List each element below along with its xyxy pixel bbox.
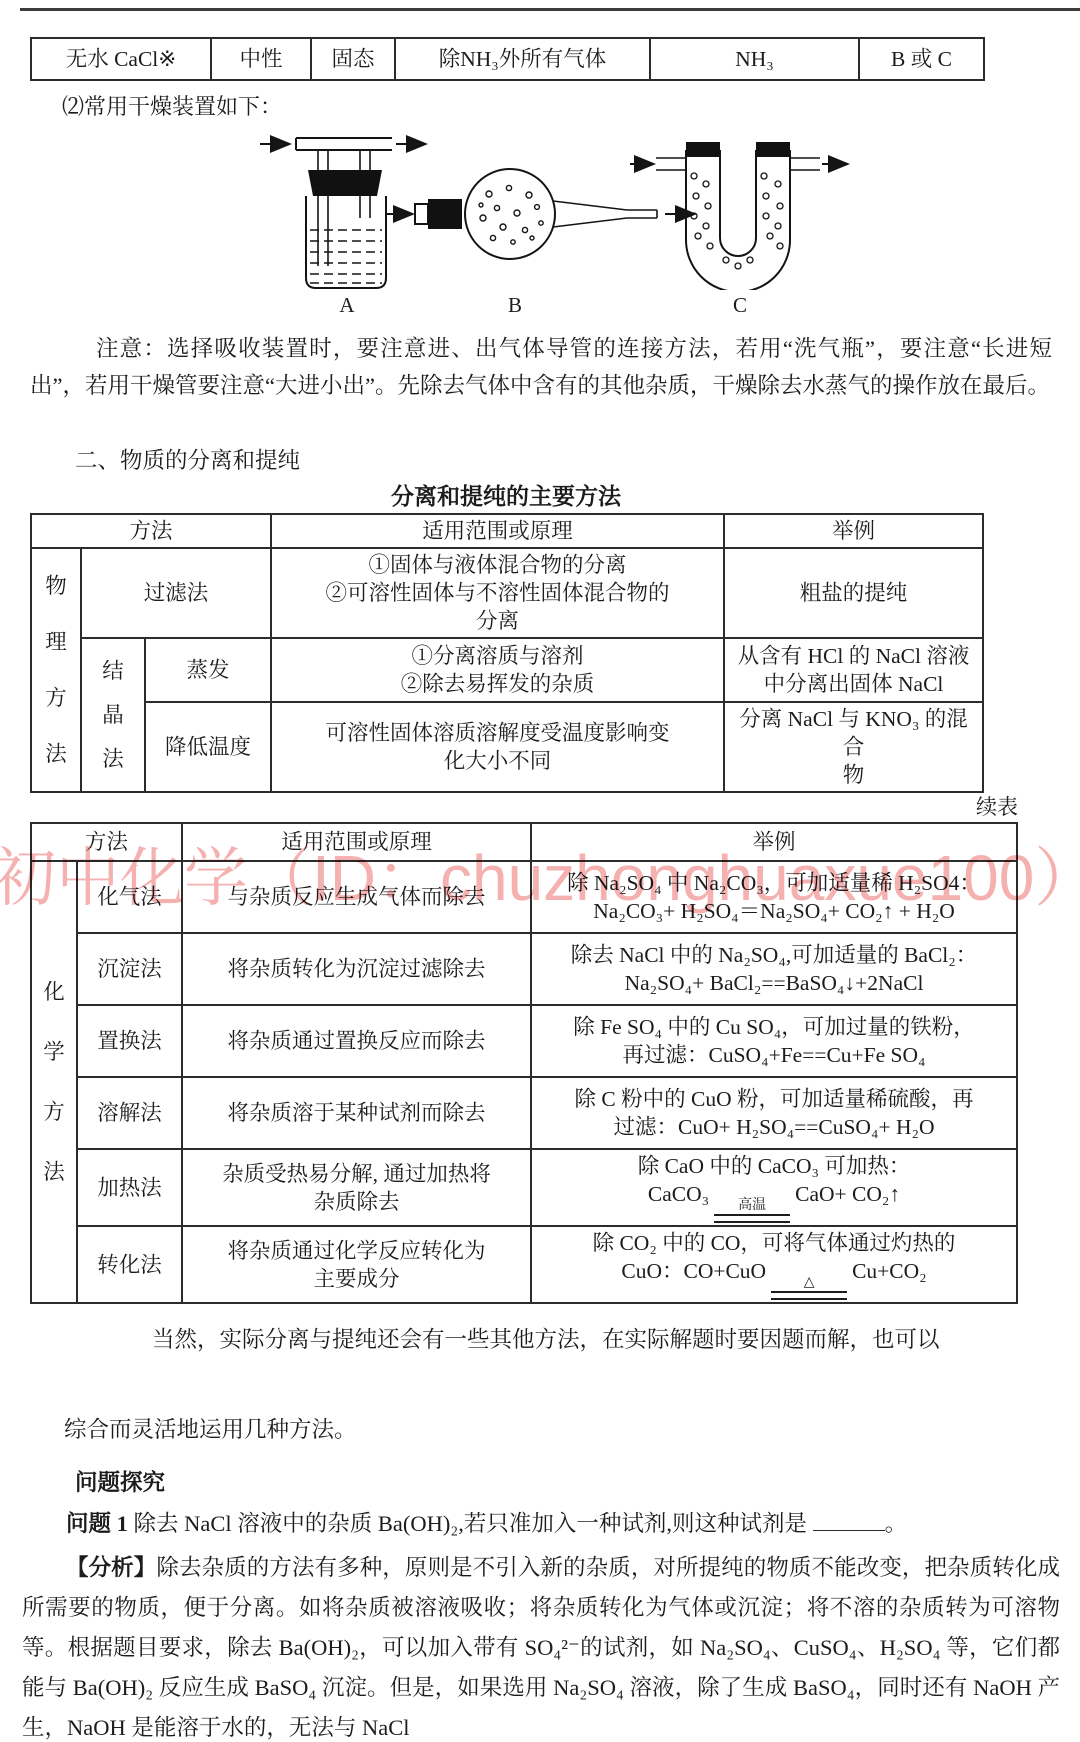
- cell-method: 蒸发: [145, 638, 271, 702]
- cell-example: 除去 NaCl 中的 Na₂SO₄,可加适量的 BaCl₂： Na₂SO₄+ B…: [531, 933, 1017, 1005]
- reaction-equation: CaCO₃高温CaO+ CO₂↑: [538, 1180, 1010, 1223]
- category-label: 物理方法: [45, 558, 67, 782]
- cell-scope: 将杂质溶于某种试剂而除去: [182, 1077, 531, 1149]
- cell-example: 分离 NaCl 与 KNO₃ 的混合 物: [724, 702, 983, 792]
- cell-apparatus: B 或 C: [859, 38, 984, 80]
- document-page: 无水 CaCl※ 中性 固态 除NH₃外所有气体 NH₃ B 或 C ⑵常用干燥…: [0, 0, 1080, 1742]
- cell-example: 除 Na₂SO₄ 中 Na₂CO₃，可加适量稀 H₂SO4： Na₂CO₃+ H…: [531, 861, 1017, 933]
- cell-dryable-gases: 除NH₃外所有气体: [395, 38, 650, 80]
- reaction-condition: △: [771, 1276, 847, 1300]
- table-row: 化学方法 化气法 与杂质反应生成气体而除去 除 Na₂SO₄ 中 Na₂CO₃，…: [31, 861, 1017, 933]
- question-1-text: 除去 NaCl 溶液中的杂质 Ba(OH)₂,若只准加入一种试剂,则这种试剂是: [134, 1511, 807, 1536]
- analysis-text: 除去杂质的方法有多种，原则是不引入新的杂质，对所提纯的物质不能改变，把杂质转化成…: [22, 1555, 1060, 1740]
- cell-scope: 可溶性固体溶质溶解度受温度影响变 化大小不同: [271, 702, 724, 792]
- cell-example: 除 CO₂ 中的 CO，可将气体通过灼热的 CuO：CO+CuO△Cu+CO₂: [531, 1226, 1017, 1303]
- question-1: 问题 1 除去 NaCl 溶液中的杂质 Ba(OH)₂,若只准加入一种试剂,则这…: [30, 1506, 1064, 1538]
- table-row: 沉淀法 将杂质转化为沉淀过滤除去 除去 NaCl 中的 Na₂SO₄,可加适量的…: [31, 933, 1017, 1005]
- cell-method: 过滤法: [81, 548, 271, 638]
- cell-method: 降低温度: [145, 702, 271, 792]
- cell-method: 置换法: [77, 1005, 182, 1077]
- cell-example: 除 CaO 中的 CaCO₃ 可加热： CaCO₃高温CaO+ CO₂↑: [531, 1149, 1017, 1226]
- cell-scope: 将杂质通过化学反应转化为 主要成分: [182, 1226, 531, 1303]
- cell-method: 化气法: [77, 861, 182, 933]
- note-paragraph: 注意：选择吸收装置时，要注意进、出气体导管的连接方法，若用“洗气瓶”，要注意“长…: [30, 330, 1052, 404]
- table-row: 物理方法 过滤法 ①固体与液体混合物的分离 ②可溶性固体与不溶性固体混合物的 分…: [31, 548, 983, 638]
- table-row: 置换法 将杂质通过置换反应而除去 除 Fe SO₄ 中的 Cu SO₄，可加过量…: [31, 1005, 1017, 1077]
- top-divider: [20, 8, 1080, 11]
- cell-state: 固态: [311, 38, 395, 80]
- cell-method: 溶解法: [77, 1077, 182, 1149]
- reaction-condition: 高温: [714, 1199, 790, 1223]
- header-method: 方法: [31, 823, 182, 861]
- inquiry-heading: 问题探究: [75, 1465, 165, 1497]
- analysis-label: 【分析】: [66, 1555, 156, 1580]
- section-heading: 二、物质的分离和提纯: [75, 443, 300, 475]
- apparatus-label-c: C: [723, 293, 757, 318]
- cell-acidity: 中性: [211, 38, 311, 80]
- cell-scope: 与杂质反应生成气体而除去: [182, 861, 531, 933]
- table-row: 降低温度 可溶性固体溶质溶解度受温度影响变 化大小不同 分离 NaCl 与 KN…: [31, 702, 983, 792]
- header-example: 举例: [724, 514, 983, 548]
- header-scope: 适用范围或原理: [271, 514, 724, 548]
- desiccant-table: 无水 CaCl※ 中性 固态 除NH₃外所有气体 NH₃ B 或 C: [30, 37, 985, 81]
- question-1-label: 问题 1: [66, 1511, 128, 1536]
- cell-category: 物理方法: [31, 548, 81, 792]
- header-example: 举例: [531, 823, 1017, 861]
- cell-scope: 将杂质转化为沉淀过滤除去: [182, 933, 531, 1005]
- cell-example: 从含有 HCl 的 NaCl 溶液 中分离出固体 NaCl: [724, 638, 983, 702]
- apparatus-label-b: B: [498, 293, 532, 318]
- reaction-equation: CuO：CO+CuO△Cu+CO₂: [538, 1257, 1010, 1300]
- cell-method: 转化法: [77, 1226, 182, 1303]
- table-row: 溶解法 将杂质溶于某种试剂而除去 除 C 粉中的 CuO 粉，可加适量稀硫酸，再…: [31, 1077, 1017, 1149]
- cell-desiccant: 无水 CaCl※: [31, 38, 211, 80]
- analysis-paragraph: 【分析】除去杂质的方法有多种，原则是不引入新的杂质，对所提纯的物质不能改变，把杂…: [22, 1548, 1060, 1742]
- equals-line: [771, 1291, 847, 1300]
- table-title: 分离和提纯的主要方法: [30, 478, 982, 511]
- cell-method: 沉淀法: [77, 933, 182, 1005]
- crystal-group-label: 结晶法: [102, 649, 124, 781]
- cell-example: 除 Fe SO₄ 中的 Cu SO₄，可加过量的铁粉， 再过滤：CuSO₄+Fe…: [531, 1005, 1017, 1077]
- table-row: 加热法 杂质受热易分解, 通过加热将 杂质除去 除 CaO 中的 CaCO₃ 可…: [31, 1149, 1017, 1226]
- closing-paragraph-line2: 综合而灵活地运用几种方法。: [64, 1412, 357, 1444]
- cell-category: 化学方法: [31, 861, 77, 1303]
- cell-scope: 将杂质通过置换反应而除去: [182, 1005, 531, 1077]
- drying-bulb-diagram: [385, 169, 693, 259]
- question-1-period: 。: [885, 1511, 908, 1536]
- continuation-label: 续表: [30, 791, 1018, 821]
- cell-scope: ①固体与液体混合物的分离 ②可溶性固体与不溶性固体混合物的 分离: [271, 548, 724, 638]
- cell-not-dryable: NH₃: [650, 38, 859, 80]
- category-label: 化学方法: [43, 962, 65, 1202]
- cell-crystal-group: 结晶法: [81, 638, 145, 792]
- closing-paragraph-line1: 当然，实际分离与提纯还会有一些其他方法，在实际解题时要因题而解，也可以: [64, 1322, 1054, 1354]
- table-row: 无水 CaCl※ 中性 固态 除NH₃外所有气体 NH₃ B 或 C: [31, 38, 984, 80]
- table-header-row: 方法 适用范围或原理 举例: [31, 823, 1017, 861]
- cell-example: 除 C 粉中的 CuO 粉，可加适量稀硫酸，再 过滤：CuO+ H₂SO₄==C…: [531, 1077, 1017, 1149]
- apparatus-label-a: A: [330, 293, 364, 318]
- cell-example: 粗盐的提纯: [724, 548, 983, 638]
- answer-blank: [813, 1508, 885, 1531]
- physical-methods-table: 方法 适用范围或原理 举例 物理方法 过滤法 ①固体与液体混合物的分离 ②可溶性…: [30, 513, 984, 793]
- equals-line: [714, 1214, 790, 1223]
- cell-method: 加热法: [77, 1149, 182, 1226]
- header-method: 方法: [31, 514, 271, 548]
- cell-scope: 杂质受热易分解, 通过加热将 杂质除去: [182, 1149, 531, 1226]
- chemical-methods-table: 方法 适用范围或原理 举例 化学方法 化气法 与杂质反应生成气体而除去 除 Na…: [30, 822, 1018, 1304]
- table-row: 结晶法 蒸发 ①分离溶质与溶剂 ②除去易挥发的杂质 从含有 HCl 的 NaCl…: [31, 638, 983, 702]
- table-header-row: 方法 适用范围或原理 举例: [31, 514, 983, 548]
- header-scope: 适用范围或原理: [182, 823, 531, 861]
- table-row: 转化法 将杂质通过化学反应转化为 主要成分 除 CO₂ 中的 CO，可将气体通过…: [31, 1226, 1017, 1303]
- u-tube-diagram: [630, 142, 846, 290]
- cell-scope: ①分离溶质与溶剂 ②除去易挥发的杂质: [271, 638, 724, 702]
- drying-apparatus-figure: [130, 112, 890, 290]
